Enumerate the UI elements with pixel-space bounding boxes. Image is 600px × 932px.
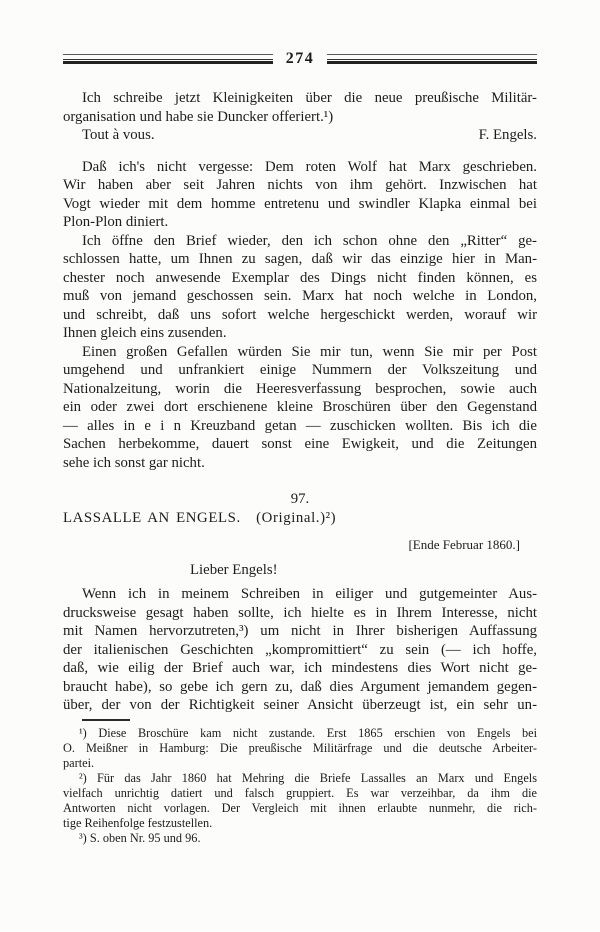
section-heading: LASSALLE AN ENGELS. (Original.)²): [63, 509, 537, 528]
text-line: Ihnen gleich eins zusenden.: [63, 324, 537, 343]
thick-rule: [327, 61, 537, 64]
text-line: Vogt wieder mit dem homme entretenu und …: [63, 195, 537, 214]
thin-rule: [63, 54, 273, 60]
text-line: Plon-Plon diniert.: [63, 213, 537, 232]
text-line: Daß ich's nicht vergesse: Dem roten Wolf…: [63, 158, 537, 177]
valediction: Tout à vous.: [82, 126, 155, 145]
text-line: daß, wie eilig der Brief auch war, ich m…: [63, 659, 537, 678]
text-line: muß von jemand geschossen sein. Marx hat…: [63, 287, 537, 306]
text-line: ³) S. oben Nr. 95 und 96.: [63, 831, 537, 846]
text-line: vielfach unrichtig datiert und falsch gr…: [63, 786, 537, 801]
paragraph-engels-3: Ich öffne den Brief wieder, den ich scho…: [63, 232, 537, 343]
page-content: 274 Ich schreibe jetzt Kleinigkeiten übe…: [63, 50, 537, 846]
text-line: Wenn ich in meinem Schreiben in eiliger …: [63, 585, 537, 604]
section-number: 97.: [63, 490, 537, 509]
text-line: sehe ich sonst gar nicht.: [63, 454, 537, 473]
text-line: schlossen hatte, um Ihnen zu sagen, daß …: [63, 250, 537, 269]
thin-rule: [327, 54, 537, 60]
book-page: 274 Ich schreibe jetzt Kleinigkeiten übe…: [0, 0, 600, 932]
body-text: Ich schreibe jetzt Kleinigkeiten über di…: [63, 89, 537, 715]
date-line: [Ende Februar 1860.]: [63, 536, 537, 555]
text-line: ein oder zwei dort erschienene kleine Br…: [63, 398, 537, 417]
thick-rule: [63, 61, 273, 64]
paragraph-lassalle-1: Wenn ich in meinem Schreiben in eiliger …: [63, 585, 537, 715]
paragraph-engels-1: Ich schreibe jetzt Kleinigkeiten über di…: [63, 89, 537, 126]
signature: F. Engels.: [479, 126, 537, 145]
text-line: und schreibt, daß uns sofort welche herg…: [63, 306, 537, 325]
text-line: tige Reihenfolge festzustellen.: [63, 816, 537, 831]
salutation: Lieber Engels!: [63, 561, 537, 580]
header-rule-left: [63, 54, 273, 64]
text-line: Einen großen Gefallen würden Sie mir tun…: [63, 343, 537, 362]
footnote-1: ¹) Diese Broschüre kam nicht zustande. E…: [63, 726, 537, 771]
paragraph-engels-2: Daß ich's nicht vergesse: Dem roten Wolf…: [63, 158, 537, 232]
text-line: organisation und habe sie Duncker offeri…: [63, 108, 537, 127]
text-line: umgehend und unfrankiert einige Nummern …: [63, 361, 537, 380]
text-line: drucksweise gesagt haben sollte, ich hie…: [63, 604, 537, 623]
closing-line: Tout à vous. F. Engels.: [63, 126, 537, 145]
text-line: braucht habe), so gebe ich gern zu, daß …: [63, 678, 537, 697]
page-number: 274: [286, 50, 315, 67]
text-line: ²) Für das Jahr 1860 hat Mehring die Bri…: [63, 771, 537, 786]
text-line: Ich schreibe jetzt Kleinigkeiten über di…: [63, 89, 537, 108]
text-line: Sachen herbekomme, dauert sonst eine Ewi…: [63, 435, 537, 454]
text-line: Ich öffne den Brief wieder, den ich scho…: [63, 232, 537, 251]
text-line: Nationalzeitung, worin die Heeresverfass…: [63, 380, 537, 399]
text-line: Wir haben aber seit Jahren nichts von ih…: [63, 176, 537, 195]
header-rule-right: [327, 54, 537, 64]
footnote-separator: [82, 719, 130, 721]
text-line: ¹) Diese Broschüre kam nicht zustande. E…: [63, 726, 537, 741]
footnotes: ¹) Diese Broschüre kam nicht zustande. E…: [63, 726, 537, 846]
page-header: 274: [63, 50, 537, 67]
paragraph-engels-4: Einen großen Gefallen würden Sie mir tun…: [63, 343, 537, 473]
footnote-3: ³) S. oben Nr. 95 und 96.: [63, 831, 537, 846]
text-line: Antworten nicht vorlagen. Der Vergleich …: [63, 801, 537, 816]
text-line: O. Meißner in Hamburg: Die preußische Mi…: [63, 741, 537, 756]
footnote-2: ²) Für das Jahr 1860 hat Mehring die Bri…: [63, 771, 537, 831]
text-line: — alles in e i n Kreuzband getan — zusch…: [63, 417, 537, 436]
text-line: partei.: [63, 756, 537, 771]
text-line: der italienischen Geschichten „kompromit…: [63, 641, 537, 660]
text-line: mit Namen hervorzutreten,³) um nicht in …: [63, 622, 537, 641]
text-line: chester noch anwesende Exemplar des Ding…: [63, 269, 537, 288]
text-line: über, der von der Richtigkeit seiner Ans…: [63, 696, 537, 715]
